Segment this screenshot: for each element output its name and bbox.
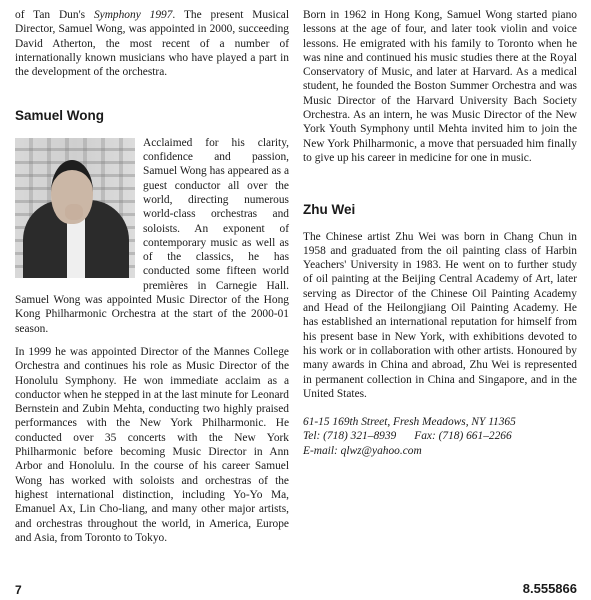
contact-email[interactable]: E-mail: qlwz@yahoo.com — [303, 444, 577, 458]
contact-tel: Tel: (718) 321–8939 — [303, 430, 396, 442]
contact-block: 61-15 169th Street, Fresh Meadows, NY 11… — [303, 415, 577, 458]
intro-paragraph: of Tan Dun's Symphony 1997. The present … — [15, 8, 289, 79]
left-column: of Tan Dun's Symphony 1997. The present … — [15, 8, 289, 545]
zhu-wei-heading: Zhu Wei — [303, 203, 577, 217]
samuel-wong-heading: Samuel Wong — [15, 109, 289, 123]
contact-address: 61-15 169th Street, Fresh Meadows, NY 11… — [303, 415, 577, 429]
symphony-title: Symphony 1997 — [94, 9, 172, 21]
samuel-wong-photo — [15, 138, 135, 278]
bio-paragraph-3: Born in 1962 in Hong Kong, Samuel Wong s… — [303, 8, 577, 165]
catalogue-number: 8.555866 — [523, 581, 577, 596]
contact-phone-fax: Tel: (718) 321–8939Fax: (718) 661–2266 — [303, 429, 577, 443]
bio-paragraph-2: In 1999 he was appointed Director of the… — [15, 345, 289, 545]
zhu-wei-bio: The Chinese artist Zhu Wei was born in C… — [303, 230, 577, 402]
right-column: Born in 1962 in Hong Kong, Samuel Wong s… — [303, 8, 577, 458]
page-number: 7 — [15, 583, 22, 597]
contact-fax: Fax: (718) 661–2266 — [414, 430, 511, 442]
